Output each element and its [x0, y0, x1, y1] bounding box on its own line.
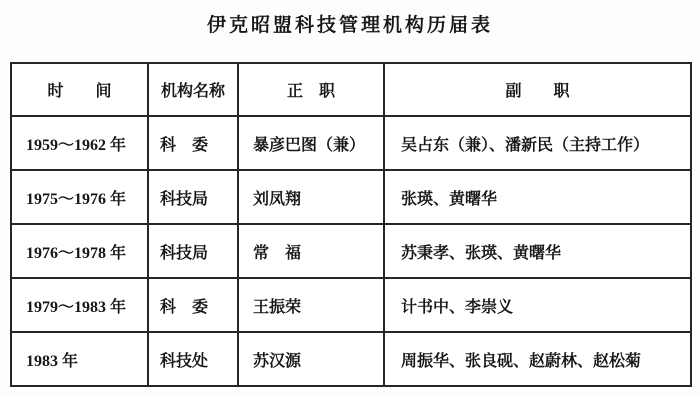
cell-org: 科 委: [148, 278, 238, 332]
cell-time: 1976～1978 年: [11, 224, 148, 278]
cell-chief: 王振荣: [238, 278, 384, 332]
col-header-deputy: 副 职: [384, 63, 691, 116]
cell-time: 1979～1983 年: [11, 278, 148, 332]
col-header-chief: 正 职: [238, 63, 384, 116]
org-history-table: 时 间 机构名称 正 职 副 职 1959～1962 年 科 委 暴彦巴图（兼）…: [10, 62, 692, 387]
document-page: 伊克昭盟科技管理机构历届表 时 间 机构名称 正 职 副 职 1959～1962…: [0, 0, 700, 395]
table-row: 1979～1983 年 科 委 王振荣 计书中、李崇义: [11, 278, 691, 332]
cell-org: 科技处: [148, 332, 238, 386]
col-header-org: 机构名称: [148, 63, 238, 116]
cell-chief: 苏汉源: [238, 332, 384, 386]
header-row: 时 间 机构名称 正 职 副 职: [11, 63, 691, 116]
cell-org: 科技局: [148, 170, 238, 224]
cell-deputy: 计书中、李崇义: [384, 278, 691, 332]
cell-org: 科技局: [148, 224, 238, 278]
cell-chief: 刘凤翔: [238, 170, 384, 224]
cell-time: 1975～1976 年: [11, 170, 148, 224]
cell-deputy: 苏秉孝、张瑛、黄曙华: [384, 224, 691, 278]
table-title: 伊克昭盟科技管理机构历届表: [0, 10, 700, 37]
cell-org: 科 委: [148, 116, 238, 170]
cell-deputy: 吴占东（兼）、潘新民（主持工作）: [384, 116, 691, 170]
cell-time: 1959～1962 年: [11, 116, 148, 170]
cell-chief: 常 福: [238, 224, 384, 278]
cell-time: 1983 年: [11, 332, 148, 386]
table-row: 1983 年 科技处 苏汉源 周振华、张良砚、赵蔚林、赵松菊: [11, 332, 691, 386]
cell-chief: 暴彦巴图（兼）: [238, 116, 384, 170]
table-row: 1975～1976 年 科技局 刘凤翔 张瑛、黄曙华: [11, 170, 691, 224]
table-row: 1959～1962 年 科 委 暴彦巴图（兼） 吴占东（兼）、潘新民（主持工作）: [11, 116, 691, 170]
col-header-time: 时 间: [11, 63, 148, 116]
cell-deputy: 周振华、张良砚、赵蔚林、赵松菊: [384, 332, 691, 386]
cell-deputy: 张瑛、黄曙华: [384, 170, 691, 224]
table-row: 1976～1978 年 科技局 常 福 苏秉孝、张瑛、黄曙华: [11, 224, 691, 278]
